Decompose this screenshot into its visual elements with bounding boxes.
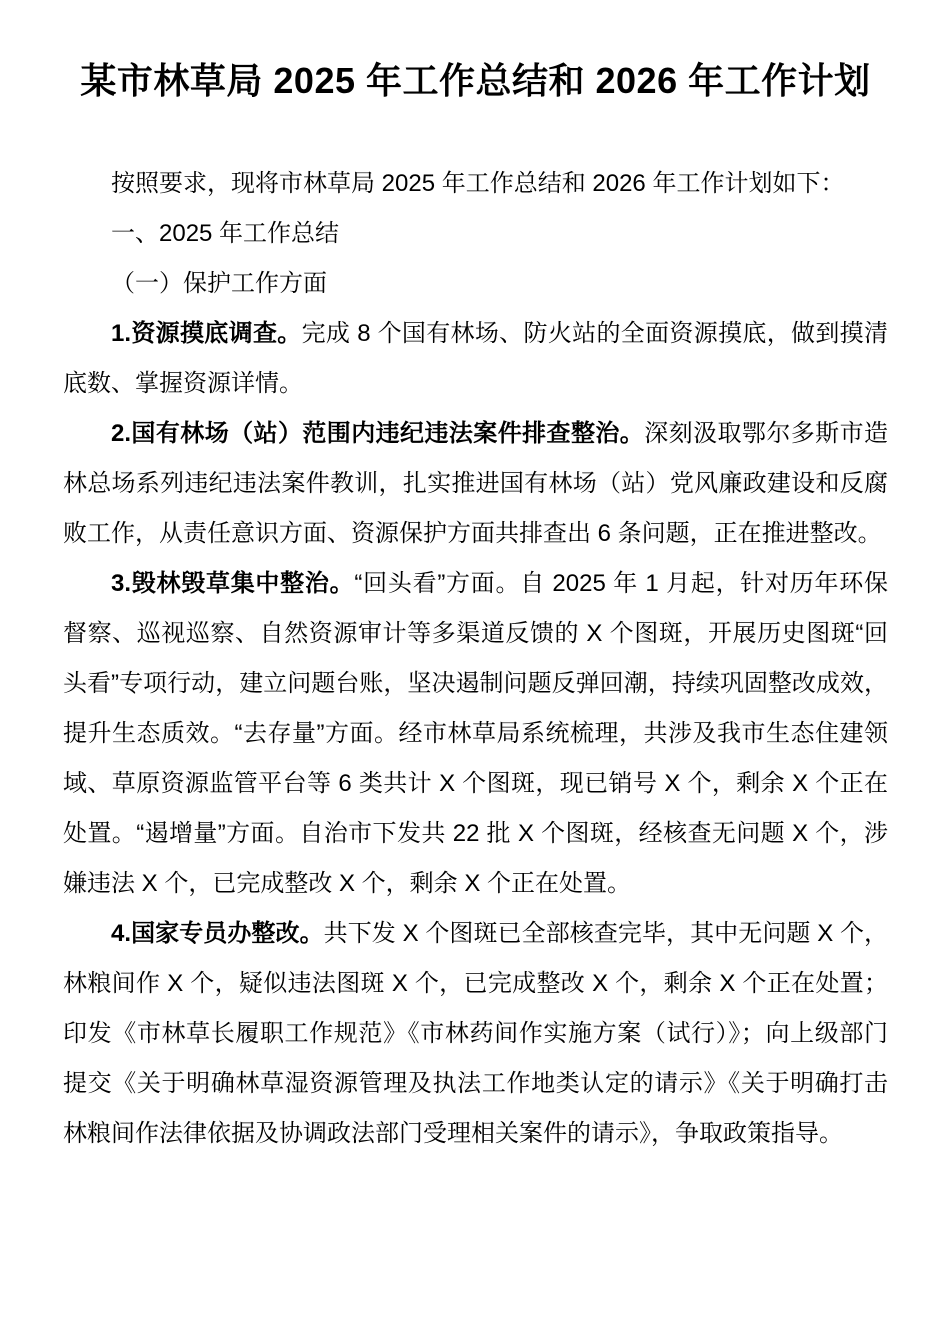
section-heading-1-text: 一、2025 年工作总结 [111, 220, 339, 247]
document-page: 某市林草局 2025 年工作总结和 2026 年工作计划 按照要求，现将市林草局… [0, 0, 950, 1344]
numbered-item-1-lead: 1.资源摸底调查。 [111, 320, 302, 347]
intro-paragraph-text: 按照要求，现将市林草局 2025 年工作总结和 2026 年工作计划如下： [111, 170, 844, 197]
numbered-item-4: 4.国家专员办整改。共下发 X 个图斑已全部核查完毕，其中无问题 X 个，林粮间… [63, 909, 888, 1159]
numbered-item-3-lead: 3.毁林毁草集中整治。 [111, 570, 354, 597]
numbered-item-4-lead: 4.国家专员办整改。 [111, 920, 324, 947]
numbered-item-1: 1.资源摸底调查。完成 8 个国有林场、防火站的全面资源摸底，做到摸清底数、掌握… [63, 309, 888, 409]
section-heading-1: 一、2025 年工作总结 [63, 209, 888, 259]
document-title: 某市林草局 2025 年工作总结和 2026 年工作计划 [63, 58, 888, 104]
numbered-item-2: 2.国有林场（站）范围内违纪违法案件排查整治。深刻汲取鄂尔多斯市造林总场系列违纪… [63, 409, 888, 559]
intro-paragraph: 按照要求，现将市林草局 2025 年工作总结和 2026 年工作计划如下： [63, 159, 888, 209]
subsection-heading-1-text: （一）保护工作方面 [111, 270, 327, 297]
subsection-heading-1: （一）保护工作方面 [63, 259, 888, 309]
numbered-item-3: 3.毁林毁草集中整治。“回头看”方面。自 2025 年 1 月起，针对历年环保督… [63, 559, 888, 909]
numbered-item-4-text: 共下发 X 个图斑已全部核查完毕，其中无问题 X 个，林粮间作 X 个，疑似违法… [63, 920, 888, 1147]
numbered-item-3-text: “回头看”方面。自 2025 年 1 月起，针对历年环保督察、巡视巡察、自然资源… [63, 570, 888, 897]
numbered-item-2-lead: 2.国有林场（站）范围内违纪违法案件排查整治。 [111, 420, 644, 447]
document-body: 按照要求，现将市林草局 2025 年工作总结和 2026 年工作计划如下： 一、… [63, 159, 888, 1159]
